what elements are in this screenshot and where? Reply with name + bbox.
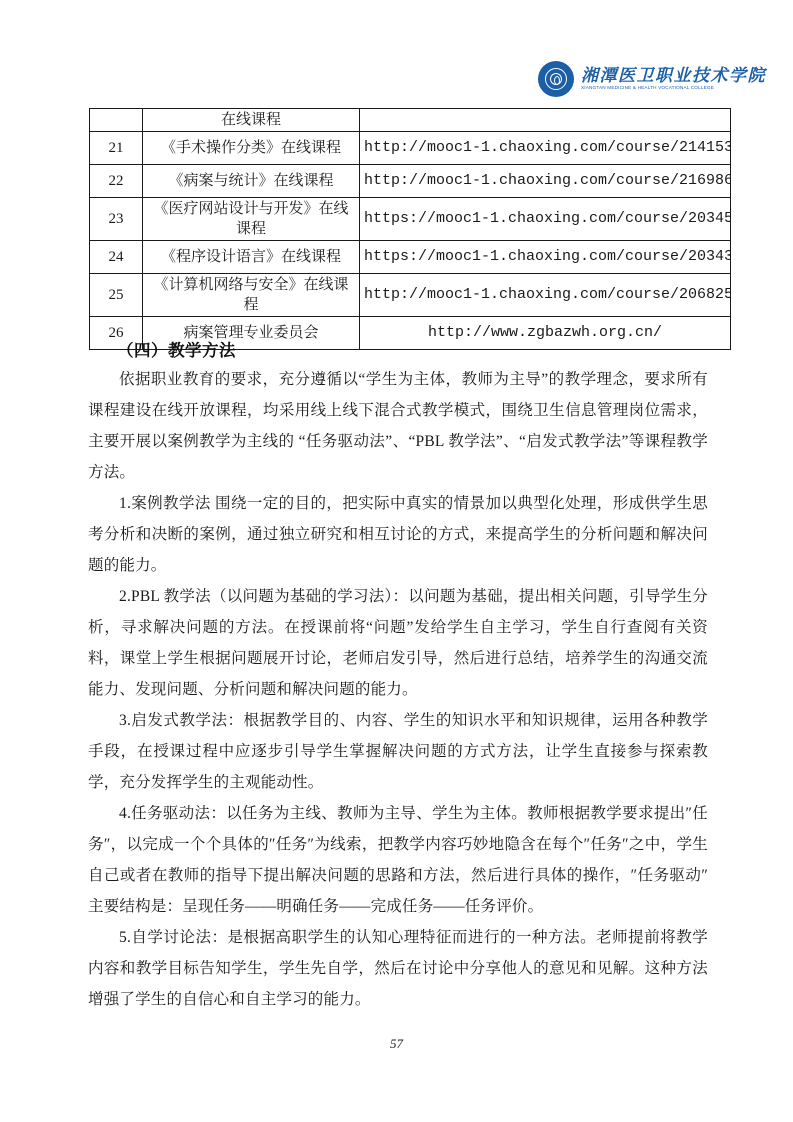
college-name-zh: 湘潭医卫职业技术学院 <box>581 66 766 85</box>
course-url-cell: https://mooc1-1.chaoxing.com/course/2034… <box>360 241 731 274</box>
paragraph-case-teaching: 1.案例教学法 围绕一定的目的，把实际中真实的情景加以典型化处理，形成供学生思考… <box>88 488 708 581</box>
course-url-cell: http://mooc1-1.chaoxing.com/course/21415… <box>360 132 731 165</box>
table-row: 22 《病案与统计》在线课程 http://mooc1-1.chaoxing.c… <box>90 165 731 198</box>
college-name-en: XIANGTAN MEDICINE & HEALTH VOCATIONAL CO… <box>581 86 725 91</box>
paragraph-heuristic: 3.启发式教学法：根据教学目的、内容、学生的知识水平和知识规律，运用各种教学手段… <box>88 705 708 798</box>
document-page: 湘潭医卫职业技术学院 XIANGTAN MEDICINE & HEALTH VO… <box>0 0 793 1122</box>
table-row-continuation: 在线课程 <box>90 109 731 132</box>
paragraph-intro: 依据职业教育的要求，充分遵循以“学生为主体，教师为主导”的教学理念，要求所有课程… <box>88 364 708 488</box>
row-number-cell: 21 <box>90 132 143 165</box>
course-name-cell: 《手术操作分类》在线课程 <box>143 132 360 165</box>
course-name-cell: 《程序设计语言》在线课程 <box>143 241 360 274</box>
college-logo: 湘潭医卫职业技术学院 XIANGTAN MEDICINE & HEALTH VO… <box>538 59 758 99</box>
course-name-cell: 在线课程 <box>143 109 360 132</box>
course-table-body: 在线课程 21 《手术操作分类》在线课程 http://mooc1-1.chao… <box>90 109 731 350</box>
section-body: 依据职业教育的要求，充分遵循以“学生为主体，教师为主导”的教学理念，要求所有课程… <box>88 364 708 1015</box>
college-emblem-icon <box>538 61 574 97</box>
course-url-cell: http://mooc1-1.chaoxing.com/course/20682… <box>360 274 731 317</box>
course-url-cell: http://mooc1-1.chaoxing.com/course/21698… <box>360 165 731 198</box>
course-name-cell: 《病案与统计》在线课程 <box>143 165 360 198</box>
table-row: 21 《手术操作分类》在线课程 http://mooc1-1.chaoxing.… <box>90 132 731 165</box>
course-url-cell: https://mooc1-1.chaoxing.com/course/2034… <box>360 198 731 241</box>
row-number-cell: 24 <box>90 241 143 274</box>
row-number-cell: 22 <box>90 165 143 198</box>
paragraph-task-driven: 4.任务驱动法：以任务为主线、教师为主导、学生为主体。教师根据教学要求提出″任务… <box>88 798 708 922</box>
paragraph-pbl: 2.PBL 教学法（以问题为基础的学习法）：以问题为基础，提出相关问题，引导学生… <box>88 581 708 705</box>
row-number-cell: 25 <box>90 274 143 317</box>
row-number-cell <box>90 109 143 132</box>
paragraph-self-study: 5.自学讨论法：是根据高职学生的认知心理特征而进行的一种方法。老师提前将教学内容… <box>88 922 708 1015</box>
page-number: 57 <box>0 1036 793 1052</box>
emblem-center-mark <box>554 76 560 85</box>
course-table: 在线课程 21 《手术操作分类》在线课程 http://mooc1-1.chao… <box>89 108 731 350</box>
college-name-block: 湘潭医卫职业技术学院 XIANGTAN MEDICINE & HEALTH VO… <box>581 66 766 92</box>
course-name-cell: 《计算机网络与安全》在线课程 <box>143 274 360 317</box>
table-row: 25 《计算机网络与安全》在线课程 http://mooc1-1.chaoxin… <box>90 274 731 317</box>
course-url-cell <box>360 109 731 132</box>
table-row: 24 《程序设计语言》在线课程 https://mooc1-1.chaoxing… <box>90 241 731 274</box>
section-heading: （四）教学方法 <box>88 337 737 361</box>
table-row: 23 《医疗网站设计与开发》在线课程 https://mooc1-1.chaox… <box>90 198 731 241</box>
row-number-cell: 23 <box>90 198 143 241</box>
course-name-cell: 《医疗网站设计与开发》在线课程 <box>143 198 360 241</box>
